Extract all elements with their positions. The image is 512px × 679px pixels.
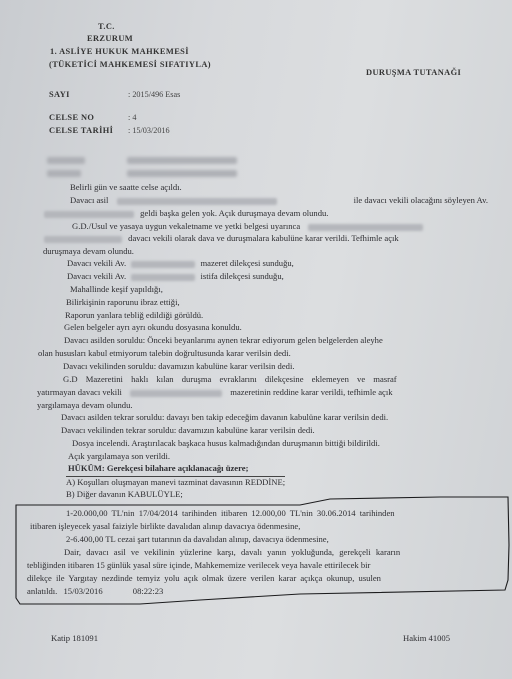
boxed-line: anlatıldı. 15/03/2016 08:22:23 — [27, 586, 163, 596]
boxed-line: 2-6.400,00 TL cezai şart tutarının da da… — [66, 534, 329, 544]
clerk-signature: Katip 181091 — [51, 633, 98, 643]
boxed-line: Dair, davacı asil ve vekilinin yüzlerine… — [64, 547, 400, 557]
judge-signature: Hakim 41005 — [403, 633, 450, 643]
boxed-line: tebliğinden itibaren 15 günlük yasal sür… — [27, 560, 370, 570]
boxed-line: 1-20.000,00 TL'nin 17/04/2014 tarihinden… — [66, 508, 395, 518]
decision-date: 15/03/2016 — [63, 586, 102, 596]
boxed-line: dilekçe ile Yargıtay nezdinde temyiz yol… — [27, 573, 381, 583]
decision-time: 08:22:23 — [133, 586, 164, 596]
boxed-line: itibaren işleyecek yasal faiziyle birlik… — [30, 521, 300, 531]
body-text: anlatıldı. — [27, 586, 57, 596]
